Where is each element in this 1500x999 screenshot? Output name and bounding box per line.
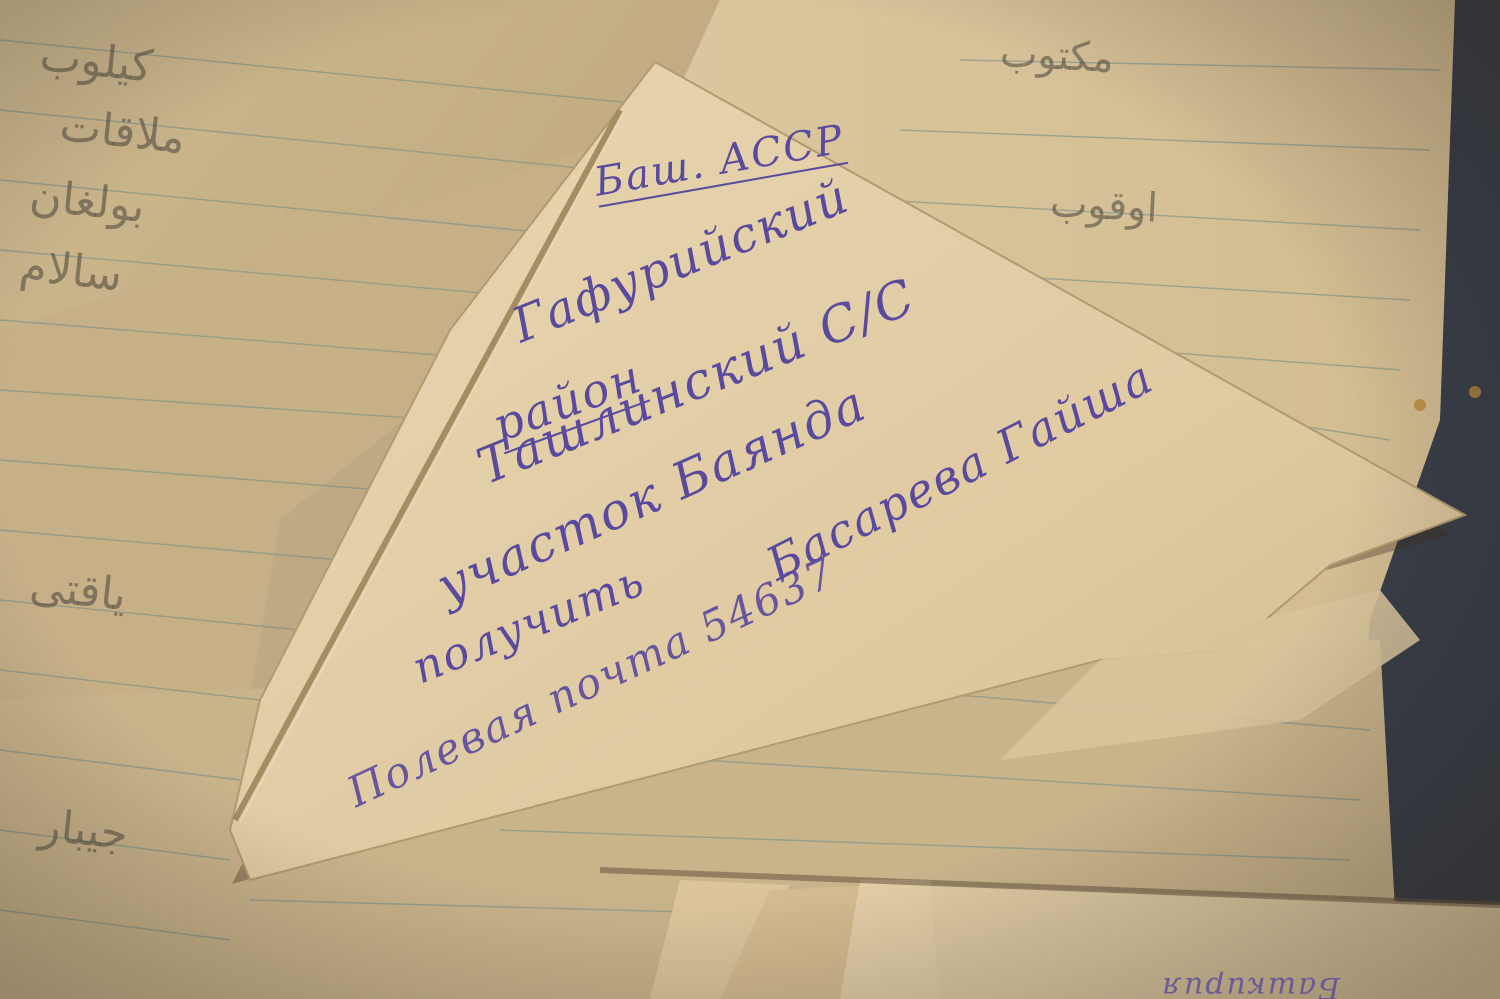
photo-scene: کیلوب ملاقات بولغان سالام یاقتی جیبار مک… (0, 0, 1500, 999)
paper-layers (0, 0, 1500, 999)
